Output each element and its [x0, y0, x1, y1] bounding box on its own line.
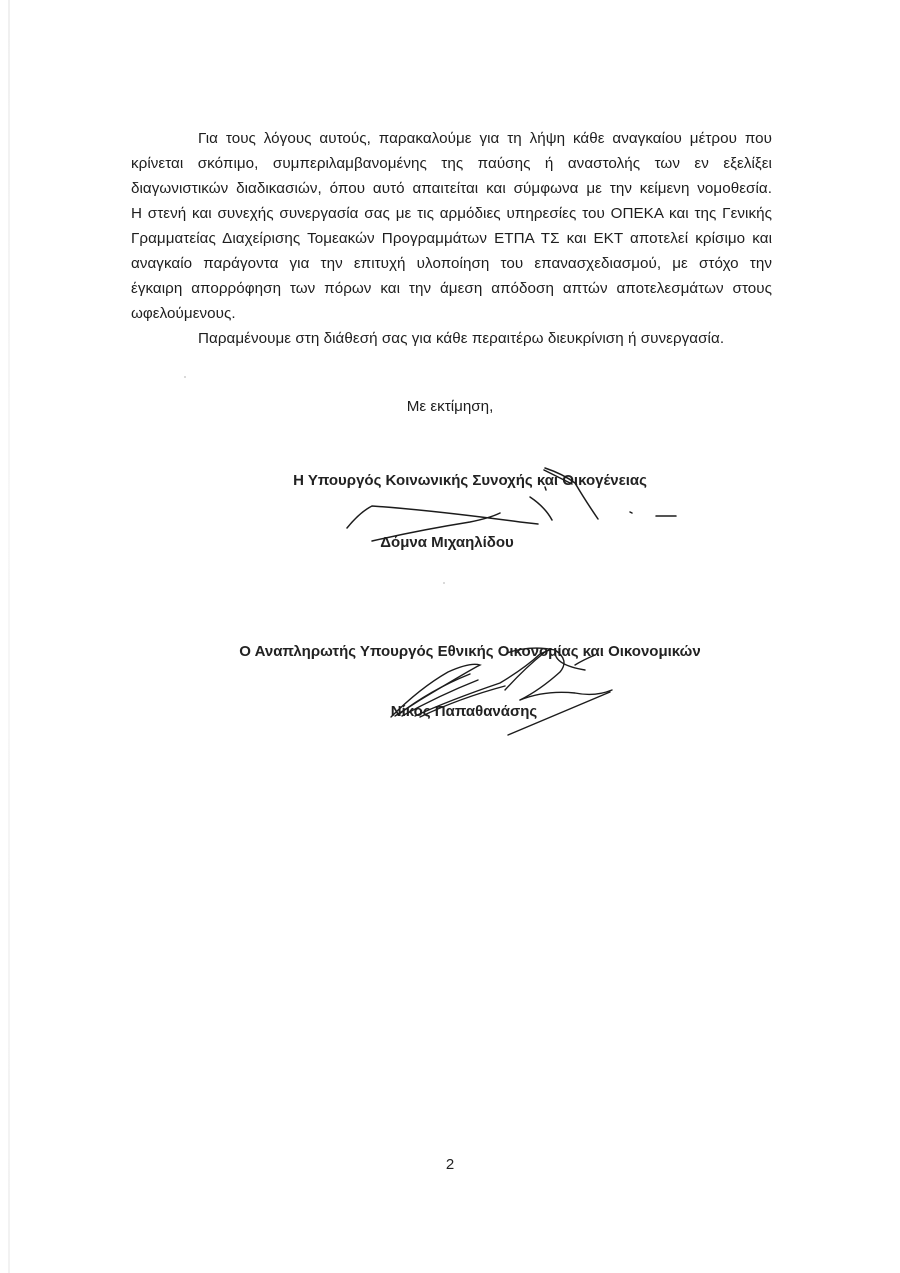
signatory-name-1: Δόμνα Μιχαηλίδου [0, 534, 897, 551]
scan-page-edge [8, 0, 10, 1273]
paragraph-line: Η στενή και συνεχής συνεργασία σας με τι… [131, 201, 772, 226]
signatory-name-2: Νίκος Παπαθανάσης [14, 703, 900, 720]
signatory-title-1: Η Υπουργός Κοινωνικής Συνοχής και Οικογέ… [20, 472, 900, 489]
signatory-title-2: Ο Αναπληρωτής Υπουργός Εθνικής Οικονομία… [20, 643, 900, 660]
paragraph-line: ωφελούμενους. [131, 301, 772, 326]
paragraph-line: κρίνεται σκόπιμο, συμπεριλαμβανομένης τη… [131, 151, 772, 176]
scan-speck [184, 376, 186, 378]
paragraph-line: Παραμένουμε στη διάθεσή σας για κάθε περ… [131, 326, 772, 351]
scan-speck [443, 582, 445, 584]
paragraph-line: έγκαιρη απορρόφηση των πόρων και την άμε… [131, 276, 772, 301]
paragraph-line: Γραμματείας Διαχείρισης Τομεακών Προγραμ… [131, 226, 772, 251]
paragraph-line: Για τους λόγους αυτούς, παρακαλούμε για … [131, 126, 772, 151]
paragraph-line: διαγωνιστικών διαδικασιών, όπου αυτό απα… [131, 176, 772, 201]
letter-body: Για τους λόγους αυτούς, παρακαλούμε για … [131, 126, 772, 351]
closing-salutation: Με εκτίμηση, [0, 398, 900, 415]
page-number: 2 [0, 1156, 900, 1173]
paragraph-line: αναγκαίο παράγοντα για την επιτυχή υλοπο… [131, 251, 772, 276]
